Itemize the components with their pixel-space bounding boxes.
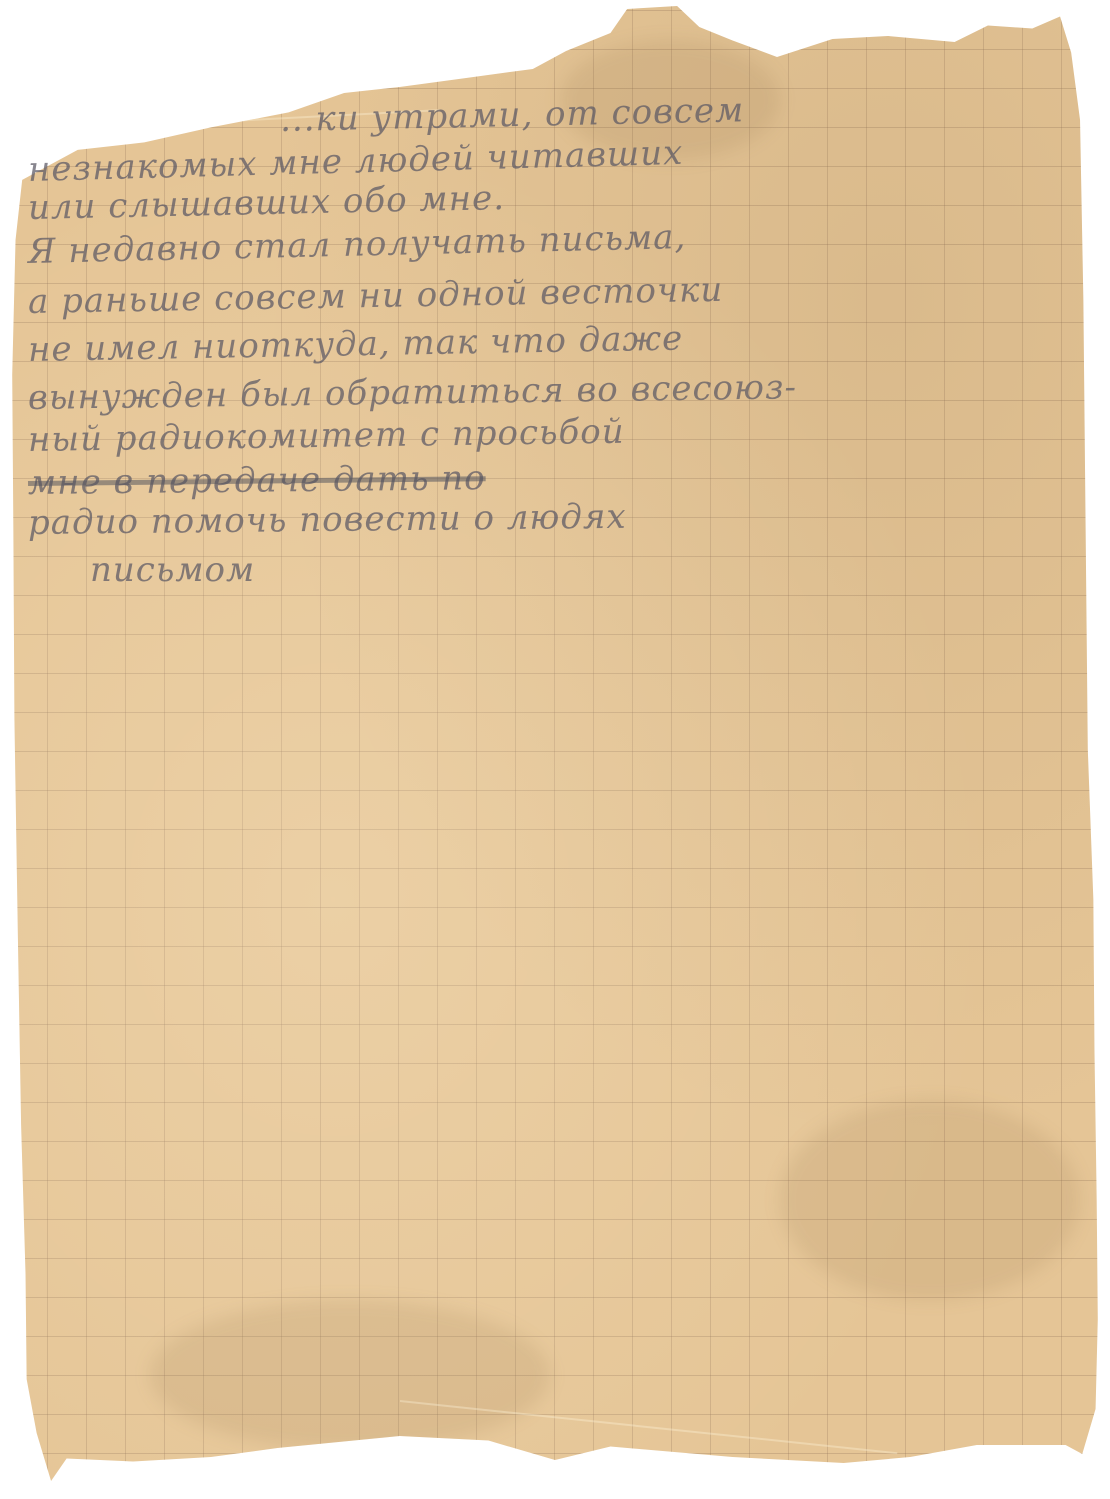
paper-stain <box>150 1300 550 1450</box>
paper-stain <box>780 1100 1080 1300</box>
text-line-struck: мне в передаче дать по <box>28 458 486 503</box>
text-line: ный радиокомитет с просьбой <box>28 412 625 460</box>
text-line: радио помочь повести о людях <box>28 497 627 543</box>
text-line: письмом <box>90 550 255 590</box>
